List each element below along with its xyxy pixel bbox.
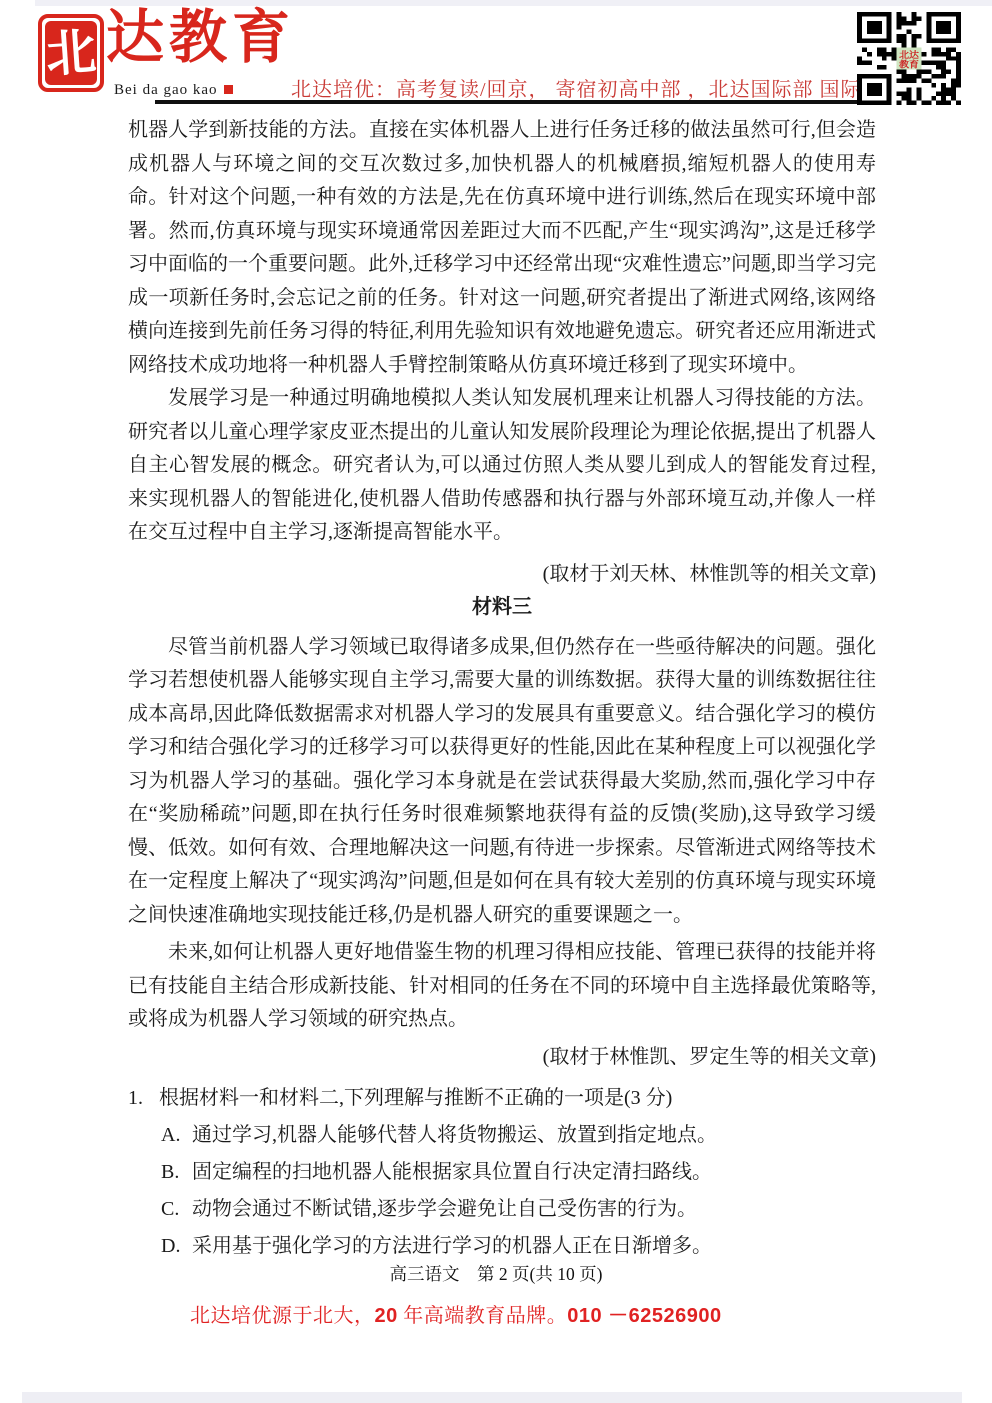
brand-subtitle-text: Bei da gao kao bbox=[114, 82, 218, 98]
option-label-b: B. bbox=[161, 1154, 192, 1191]
paragraph-material3-2: 未来,如何让机器人更好地借鉴生物的机理习得相应技能、管理已获得的技能并将已有技能… bbox=[128, 936, 876, 1037]
option-label-c: C. bbox=[161, 1191, 192, 1228]
option-text-d: 采用基于强化学习的方法进行学习的机器人正在日渐增多。 bbox=[192, 1228, 712, 1265]
header-rule bbox=[155, 100, 862, 104]
bottom-strip bbox=[22, 1392, 962, 1403]
paragraph-continuation: 机器人学到新技能的方法。直接在实体机器人上进行任务迁移的做法虽然可行,但会造成机… bbox=[128, 114, 876, 382]
option-row-d: D. 采用基于强化学习的方法进行学习的机器人正在日渐增多。 bbox=[128, 1228, 876, 1265]
brand-seal: 北 bbox=[38, 14, 104, 92]
section-heading-material3: 材料三 bbox=[128, 591, 876, 625]
brand-name: 达教育 bbox=[106, 6, 295, 70]
seal-character: 北 bbox=[44, 26, 97, 79]
option-row-b: B. 固定编程的扫地机器人能根据家具位置自行决定清扫路线。 bbox=[128, 1154, 876, 1191]
option-text-a: 通过学习,机器人能够代替人将货物搬运、放置到指定地点。 bbox=[192, 1117, 717, 1154]
promo-part2: 年高端教育品牌。 bbox=[398, 1305, 568, 1327]
promo-phone: 010 －62526900 bbox=[567, 1305, 721, 1327]
promo-years: 20 bbox=[375, 1305, 398, 1327]
option-text-b: 固定编程的扫地机器人能根据家具位置自行决定清扫路线。 bbox=[192, 1154, 712, 1191]
seal-inner: 北 bbox=[45, 21, 97, 85]
brand-subtitle: Bei da gao kao bbox=[114, 82, 233, 99]
header-tagline: 北达培优：高考复读/回京， 寄宿初高中部 ，北达国际部 国际竞赛部 bbox=[291, 73, 851, 102]
qr-code: 北达 教育 bbox=[857, 12, 961, 105]
body-text: 机器人学到新技能的方法。直接在实体机器人上进行任务迁移的做法虽然可行,但会造成机… bbox=[128, 114, 876, 1265]
question-1: 1. 根据材料一和材料二,下列理解与推断不正确的一项是(3 分) A. 通过学习… bbox=[128, 1080, 876, 1265]
qr-code-svg: 北达 教育 bbox=[857, 12, 961, 105]
promo-footer: 北达培优源于北大，20 年高端教育品牌。010 －62526900 bbox=[190, 1299, 722, 1328]
option-label-d: D. bbox=[161, 1228, 192, 1265]
promo-part1: 北达培优源于北大， bbox=[190, 1305, 375, 1327]
page-footer: 高三语文 第 2 页(共 10 页) bbox=[0, 1261, 992, 1286]
question-number: 1. bbox=[128, 1080, 159, 1117]
qr-label-line1: 北达 bbox=[899, 50, 919, 61]
option-label-a: A. bbox=[161, 1117, 192, 1154]
question-stem: 根据材料一和材料二,下列理解与推断不正确的一项是(3 分) bbox=[159, 1080, 672, 1117]
attribution-1: (取材于刘天林、林惟凯等的相关文章) bbox=[128, 558, 876, 592]
paragraph-development-learning: 发展学习是一种通过明确地模拟人类认知发展机理来让机器人习得技能的方法。研究者以儿… bbox=[128, 382, 876, 550]
option-row-a: A. 通过学习,机器人能够代替人将货物搬运、放置到指定地点。 bbox=[128, 1117, 876, 1154]
red-square-icon bbox=[224, 85, 233, 94]
option-text-c: 动物会通过不断试错,逐步学会避免让自己受伤害的行为。 bbox=[192, 1191, 697, 1228]
question-stem-row: 1. 根据材料一和材料二,下列理解与推断不正确的一项是(3 分) bbox=[128, 1080, 876, 1117]
option-row-c: C. 动物会通过不断试错,逐步学会避免让自己受伤害的行为。 bbox=[128, 1191, 876, 1228]
qr-label-line2: 教育 bbox=[898, 59, 919, 70]
attribution-2: (取材于林惟凯、罗定生等的相关文章) bbox=[128, 1041, 876, 1075]
paragraph-material3-1: 尽管当前机器人学习领域已取得诸多成果,但仍然存在一些亟待解决的问题。强化学习若想… bbox=[128, 631, 876, 933]
exam-page: 北 达教育 Bei da gao kao 北达培优：高考复读/回京， 寄宿初高中… bbox=[0, 0, 992, 1403]
